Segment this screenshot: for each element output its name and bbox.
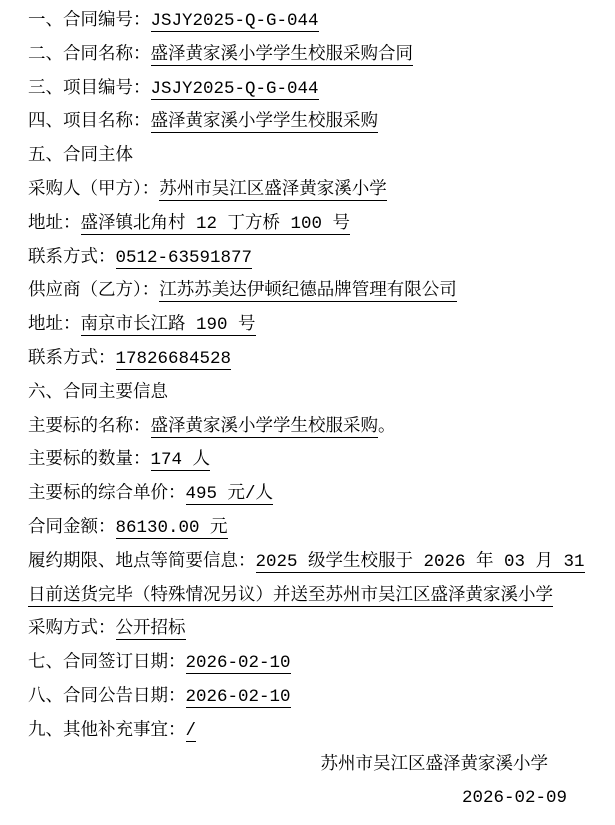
- field-label: 联系方式：: [28, 349, 116, 369]
- footer-date: 2026-02-09: [28, 782, 607, 816]
- field-label: 采购方式：: [28, 619, 116, 639]
- field-value: 盛泽黄家溪小学学生校服采购: [151, 417, 379, 438]
- field-value: 2026-02-10: [186, 687, 291, 708]
- field-value: 2026-02-10: [186, 653, 291, 674]
- contract-line: 三、项目编号：JSJY2025-Q-G-044: [28, 73, 607, 107]
- contract-line: 九、其他补充事宜：/: [28, 715, 607, 749]
- contract-line: 七、合同签订日期：2026-02-10: [28, 647, 607, 681]
- contract-line: 主要标的名称：盛泽黄家溪小学学生校服采购。: [28, 411, 607, 445]
- field-label: 二、合同名称：: [28, 45, 151, 65]
- field-label: 地址：: [28, 315, 81, 335]
- contract-line: 一、合同编号：JSJY2025-Q-G-044: [28, 5, 607, 39]
- field-value: 86130.00 元: [116, 518, 228, 539]
- field-value: 江苏苏美达伊顿纪德品牌管理有限公司: [159, 281, 457, 302]
- contract-line: 二、合同名称：盛泽黄家溪小学学生校服采购合同: [28, 39, 607, 73]
- field-label: 联系方式：: [28, 248, 116, 268]
- contract-line: 主要标的数量：174 人: [28, 444, 607, 478]
- field-label: 合同金额：: [28, 518, 116, 538]
- contract-lines: 一、合同编号：JSJY2025-Q-G-044 二、合同名称：盛泽黄家溪小学学生…: [28, 5, 607, 749]
- contract-line: 合同金额：86130.00 元: [28, 512, 607, 546]
- contract-line: 主要标的综合单价：495 元/人: [28, 478, 607, 512]
- field-value: 17826684528: [116, 349, 232, 370]
- field-label: 七、合同签订日期：: [28, 653, 186, 673]
- field-value: 174 人: [151, 450, 211, 471]
- contract-line: 履约期限、地点等简要信息：2025 级学生校服于 2026 年 03 月 31 …: [28, 546, 607, 614]
- field-label: 八、合同公告日期：: [28, 687, 186, 707]
- contract-line: 地址：盛泽镇北角村 12 丁方桥 100 号: [28, 208, 607, 242]
- field-label: 四、项目名称：: [28, 112, 151, 132]
- contract-line: 联系方式：17826684528: [28, 343, 607, 377]
- field-value: JSJY2025-Q-G-044: [151, 79, 319, 100]
- field-label: 一、合同编号：: [28, 11, 151, 31]
- field-value: 公开招标: [116, 619, 186, 640]
- contract-line: 五、合同主体: [28, 140, 607, 174]
- contract-line: 供应商（乙方）：江苏苏美达伊顿纪德品牌管理有限公司: [28, 275, 607, 309]
- field-value: JSJY2025-Q-G-044: [151, 11, 319, 32]
- field-label: 主要标的数量：: [28, 450, 151, 470]
- field-value: 0512-63591877: [116, 248, 253, 269]
- field-value: 盛泽黄家溪小学学生校服采购: [151, 112, 379, 133]
- contract-line: 六、合同主要信息: [28, 377, 607, 411]
- contract-line: 采购方式：公开招标: [28, 613, 607, 647]
- field-label: 九、其他补充事宜：: [28, 721, 186, 741]
- contract-line: 地址：南京市长江路 190 号: [28, 309, 607, 343]
- field-label: 履约期限、地点等简要信息：: [28, 552, 256, 572]
- contract-line: 采购人（甲方）：苏州市吴江区盛泽黄家溪小学: [28, 174, 607, 208]
- field-label: 采购人（甲方）：: [28, 180, 159, 200]
- field-value: /: [186, 721, 197, 742]
- contract-line: 四、项目名称：盛泽黄家溪小学学生校服采购: [28, 106, 607, 140]
- footer-signer: 苏州市吴江区盛泽黄家溪小学: [28, 749, 607, 783]
- field-label: 主要标的综合单价：: [28, 484, 186, 504]
- field-value: 495 元/人: [186, 484, 274, 505]
- field-suffix: 。: [378, 417, 396, 437]
- contract-line: 联系方式：0512-63591877: [28, 242, 607, 276]
- field-label: 主要标的名称：: [28, 417, 151, 437]
- field-value: 盛泽镇北角村 12 丁方桥 100 号: [81, 214, 351, 235]
- contract-document: 一、合同编号：JSJY2025-Q-G-044 二、合同名称：盛泽黄家溪小学学生…: [0, 0, 615, 816]
- field-label: 三、项目编号：: [28, 79, 151, 99]
- field-label: 五、合同主体: [28, 146, 133, 166]
- field-value: 苏州市吴江区盛泽黄家溪小学: [159, 180, 387, 201]
- field-label: 地址：: [28, 214, 81, 234]
- field-value: 盛泽黄家溪小学学生校服采购合同: [151, 45, 414, 66]
- contract-line: 八、合同公告日期：2026-02-10: [28, 681, 607, 715]
- field-value: 南京市长江路 190 号: [81, 315, 256, 336]
- field-label: 六、合同主要信息: [28, 383, 168, 403]
- field-label: 供应商（乙方）：: [28, 281, 159, 301]
